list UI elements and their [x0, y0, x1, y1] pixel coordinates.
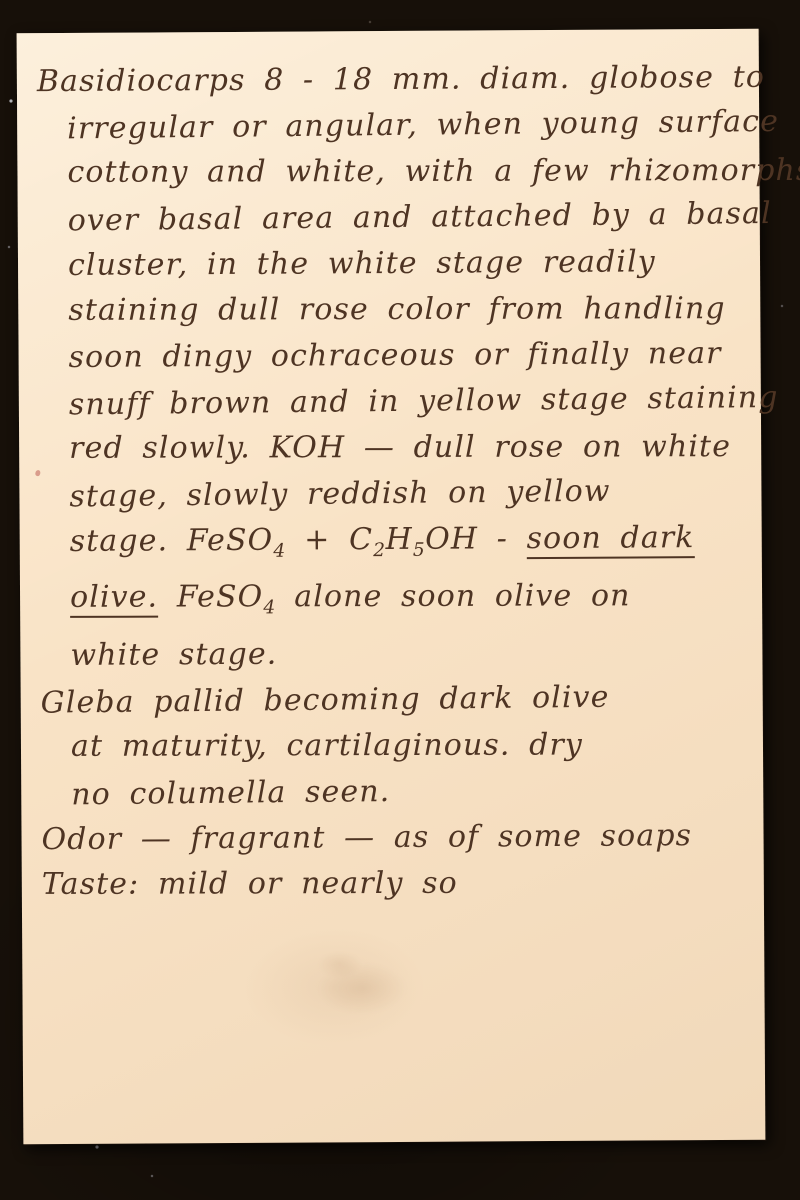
index-card: Basidiocarps 8 - 18 mm. diam. globose to…: [17, 29, 766, 1145]
handwriting-text: no columella seen.: [71, 774, 390, 812]
handwriting-line: Basidiocarps 8 - 18 mm. diam. globose to: [17, 55, 759, 106]
handwriting-line: snuff brown and in yellow stage staining: [19, 375, 761, 429]
handwriting-text: alone soon olive on: [276, 578, 631, 614]
handwriting-text: white stage.: [70, 637, 277, 673]
handwriting-text: over basal area and attached by a basal: [68, 196, 772, 238]
handwriting-text: snuff brown and in yellow stage staining: [69, 380, 779, 422]
handwriting-text: OH -: [425, 521, 527, 557]
handwriting-text: 2: [373, 540, 385, 561]
handwriting-text: cottony and white, with a few rhizomorph…: [67, 153, 800, 190]
handwriting-line: soon dingy ochraceous or finally near: [18, 331, 760, 382]
underlined-text: olive.: [70, 580, 158, 618]
handwriting-text: + C: [285, 522, 373, 558]
handwriting-text: Odor — fragrant — as of some soaps: [41, 818, 692, 857]
handwriting-text: 4: [263, 597, 275, 618]
handwriting-text: at maturity, cartilaginous. dry: [71, 727, 583, 763]
handwriting-line: Taste: mild or nearly so: [22, 860, 764, 908]
handwriting-line: stage, slowly reddish on yellow: [19, 467, 761, 521]
underlined-text: soon dark: [526, 520, 694, 559]
handwriting-line: cottony and white, with a few rhizomorph…: [17, 148, 759, 196]
handwriting-text: H: [385, 522, 412, 557]
handwriting-line: over basal area and attached by a basal: [18, 191, 760, 245]
handwriting-text: Gleba pallid becoming dark olive: [41, 680, 610, 721]
handwriting-line: no columella seen.: [21, 765, 763, 819]
handwriting-line: stage. FeSO4 + C2H5OH - soon dark: [20, 515, 762, 577]
handwriting-text: 4: [273, 541, 285, 562]
handwriting-text: 5: [413, 540, 425, 561]
handwriting-text: cluster, in the white stage readily: [68, 244, 656, 283]
handwriting-text: soon dingy ochraceous or finally near: [68, 336, 721, 375]
handwriting-line: Gleba pallid becoming dark olive: [20, 673, 762, 727]
handwriting-line: irregular or angular, when young surface: [17, 99, 759, 153]
handwritten-lines: Basidiocarps 8 - 18 mm. diam. globose to…: [17, 55, 764, 910]
handwriting-text: Taste: mild or nearly so: [42, 866, 458, 902]
handwriting-line: cluster, in the white stage readily: [18, 239, 760, 290]
handwriting-line: white stage.: [20, 629, 762, 680]
photo-backdrop: Basidiocarps 8 - 18 mm. diam. globose to…: [0, 0, 800, 1200]
handwriting-text: staining dull rose color from handling: [68, 291, 725, 328]
handwriting-line: olive. FeSO4 alone soon olive on: [20, 573, 762, 632]
handwriting-text: red slowly. KOH — dull rose on white: [69, 429, 731, 466]
handwriting-line: red slowly. KOH — dull rose on white: [19, 424, 761, 472]
handwriting-text: FeSO: [158, 579, 263, 614]
handwriting-text: stage. FeSO: [70, 523, 274, 559]
handwriting-line: at maturity, cartilaginous. dry: [21, 722, 763, 770]
handwriting-text: stage, slowly reddish on yellow: [69, 474, 611, 515]
handwriting-line: staining dull rose color from handling: [18, 286, 760, 334]
handwriting-text: irregular or angular, when young surface: [67, 104, 779, 146]
paper-smudge: [287, 936, 438, 1032]
handwriting-text: Basidiocarps 8 - 18 mm. diam. globose to: [37, 60, 765, 99]
handwriting-line: Odor — fragrant — as of some soaps: [21, 813, 763, 864]
